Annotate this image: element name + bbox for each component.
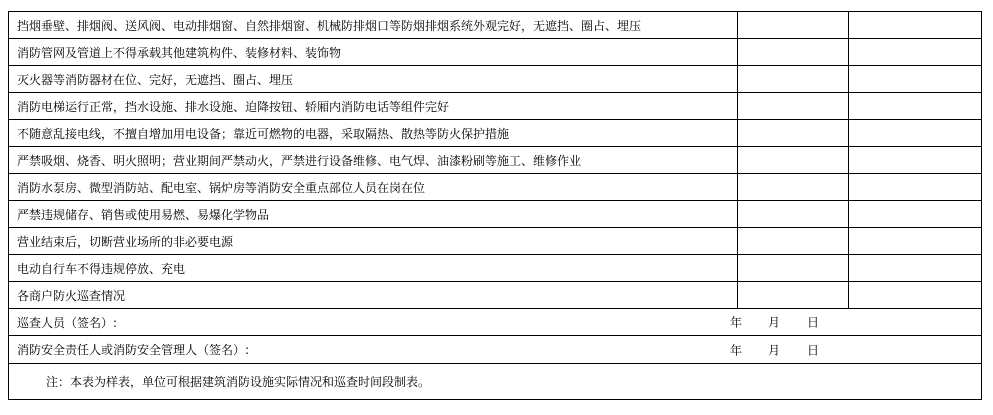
year-label: 年 xyxy=(730,314,742,331)
item-text: 挡烟垂壁、排烟阀、送风阀、电动排烟窗、自然排烟窗、机械防排烟口等防烟排烟系统外观… xyxy=(17,17,641,34)
result-cell-1 xyxy=(738,120,849,146)
result-cell-2 xyxy=(849,255,981,281)
item-text-cell: 挡烟垂壁、排烟阀、送风阀、电动排烟窗、自然排烟窗、机械防排烟口等防烟排烟系统外观… xyxy=(9,12,738,38)
table-row: 各商户防火巡查情况 xyxy=(9,282,981,309)
result-cell-2 xyxy=(849,201,981,227)
result-cell-2 xyxy=(849,93,981,119)
item-text: 各商户防火巡查情况 xyxy=(17,287,125,304)
item-text-cell: 消防电梯运行正常，挡水设施、排水设施、迫降按钮、轿厢内消防电话等组件完好 xyxy=(9,93,738,119)
table-row: 严禁违规储存、销售或使用易燃、易爆化学物品 xyxy=(9,201,981,228)
item-text-cell: 严禁违规储存、销售或使用易燃、易爆化学物品 xyxy=(9,201,738,227)
table-row: 营业结束后，切断营业场所的非必要电源 xyxy=(9,228,981,255)
result-cell-2 xyxy=(849,12,981,38)
result-cell-2 xyxy=(849,147,981,173)
item-text: 严禁违规储存、销售或使用易燃、易爆化学物品 xyxy=(17,206,269,223)
table-row: 消防管网及管道上不得承载其他建筑构件、装修材料、装饰物 xyxy=(9,39,981,66)
table-row: 严禁吸烟、烧香、明火照明；营业期间严禁动火，严禁进行设备维修、电气焊、油漆粉刷等… xyxy=(9,147,981,174)
table-row: 消防电梯运行正常，挡水设施、排水设施、迫降按钮、轿厢内消防电话等组件完好 xyxy=(9,93,981,120)
result-cell-1 xyxy=(738,147,849,173)
item-text: 消防管网及管道上不得承载其他建筑构件、装修材料、装饰物 xyxy=(17,44,341,61)
result-cell-1 xyxy=(738,255,849,281)
result-cell-2 xyxy=(849,66,981,92)
item-text: 严禁吸烟、烧香、明火照明；营业期间严禁动火，严禁进行设备维修、电气焊、油漆粉刷等… xyxy=(17,152,581,169)
result-cell-1 xyxy=(738,66,849,92)
table-row: 挡烟垂壁、排烟阀、送风阀、电动排烟窗、自然排烟窗、机械防排烟口等防烟排烟系统外观… xyxy=(9,12,981,39)
signature-row-inspector: 巡查人员（签名）: 年 月 日 xyxy=(9,309,981,336)
note-row: 注：本表为样表，单位可根据建筑消防设施实际情况和巡查时间段制表。 xyxy=(9,364,981,399)
item-text-cell: 消防管网及管道上不得承载其他建筑构件、装修材料、装饰物 xyxy=(9,39,738,65)
month-label: 月 xyxy=(768,314,780,331)
item-text-cell: 各商户防火巡查情况 xyxy=(9,282,738,308)
item-text-cell: 不随意乱接电线，不擅自增加用电设备；靠近可燃物的电器，采取隔热、散热等防火保护措… xyxy=(9,120,738,146)
signature-label: 巡查人员（签名）: xyxy=(17,314,117,331)
table-row: 灭火器等消防器材在位、完好，无遮挡、圈占、埋压 xyxy=(9,66,981,93)
result-cell-1 xyxy=(738,174,849,200)
item-text: 营业结束后，切断营业场所的非必要电源 xyxy=(17,233,233,250)
year-label: 年 xyxy=(730,341,742,358)
month-label: 月 xyxy=(768,341,780,358)
item-text: 灭火器等消防器材在位、完好，无遮挡、圈占、埋压 xyxy=(17,71,293,88)
item-text: 不随意乱接电线，不擅自增加用电设备；靠近可燃物的电器，采取隔热、散热等防火保护措… xyxy=(17,125,509,142)
item-text-cell: 营业结束后，切断营业场所的非必要电源 xyxy=(9,228,738,254)
table-row: 消防水泵房、微型消防站、配电室、锅炉房等消防安全重点部位人员在岗在位 xyxy=(9,174,981,201)
day-label: 日 xyxy=(807,341,819,358)
item-text: 消防电梯运行正常，挡水设施、排水设施、迫降按钮、轿厢内消防电话等组件完好 xyxy=(17,98,449,115)
result-cell-1 xyxy=(738,228,849,254)
result-cell-2 xyxy=(849,282,981,308)
table-row: 电动自行车不得违规停放、充电 xyxy=(9,255,981,282)
signature-row-manager: 消防安全责任人或消防安全管理人（签名）: 年 月 日 xyxy=(9,336,981,364)
result-cell-1 xyxy=(738,282,849,308)
table-row: 不随意乱接电线，不擅自增加用电设备；靠近可燃物的电器，采取隔热、散热等防火保护措… xyxy=(9,120,981,147)
result-cell-1 xyxy=(738,93,849,119)
result-cell-2 xyxy=(849,174,981,200)
note-text: 注：本表为样表，单位可根据建筑消防设施实际情况和巡查时间段制表。 xyxy=(46,373,430,390)
result-cell-2 xyxy=(849,120,981,146)
day-label: 日 xyxy=(807,314,819,331)
item-text-cell: 消防水泵房、微型消防站、配电室、锅炉房等消防安全重点部位人员在岗在位 xyxy=(9,174,738,200)
result-cell-1 xyxy=(738,12,849,38)
result-cell-2 xyxy=(849,228,981,254)
result-cell-1 xyxy=(738,39,849,65)
signature-label: 消防安全责任人或消防安全管理人（签名）: xyxy=(17,341,249,358)
inspection-table: 挡烟垂壁、排烟阀、送风阀、电动排烟窗、自然排烟窗、机械防排烟口等防烟排烟系统外观… xyxy=(8,11,982,400)
item-text-cell: 严禁吸烟、烧香、明火照明；营业期间严禁动火，严禁进行设备维修、电气焊、油漆粉刷等… xyxy=(9,147,738,173)
item-text: 电动自行车不得违规停放、充电 xyxy=(17,260,185,277)
result-cell-1 xyxy=(738,201,849,227)
document-page: 挡烟垂壁、排烟阀、送风阀、电动排烟窗、自然排烟窗、机械防排烟口等防烟排烟系统外观… xyxy=(0,0,993,415)
item-text-cell: 电动自行车不得违规停放、充电 xyxy=(9,255,738,281)
item-text: 消防水泵房、微型消防站、配电室、锅炉房等消防安全重点部位人员在岗在位 xyxy=(17,179,425,196)
item-text-cell: 灭火器等消防器材在位、完好，无遮挡、圈占、埋压 xyxy=(9,66,738,92)
result-cell-2 xyxy=(849,39,981,65)
